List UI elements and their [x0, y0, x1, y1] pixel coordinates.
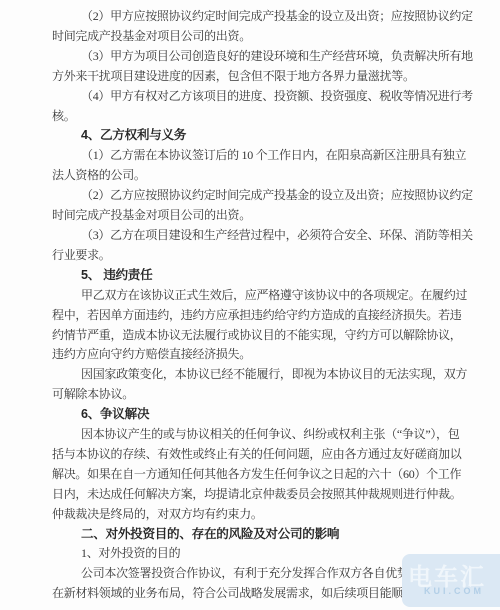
paragraph-line: 时间完成产投基金对项目公司的出资。 [52, 27, 450, 47]
paragraph-line: 约情节严重，造成本协议无法履行或协议目的不能实现，守约方可以解除协议， [52, 326, 450, 346]
paragraph-line: 法人资格的公司。 [52, 166, 450, 186]
paragraph-line: 核。 [52, 107, 450, 127]
document-body: （2）甲方应按照协议约定时间完成产投基金的设立及出资；应按照协议约定 时间完成产… [52, 0, 450, 604]
paragraph-line: 程中，若因单方面违约，违约方应承担违约给守约方造成的直接经济损失。若违 [52, 306, 450, 326]
watermark-badge: 电车汇 KUI.COM [402, 554, 500, 607]
paragraph-line: （4）甲方有权对乙方该项目的进度、投资额、投资强度、税收等情况进行考 [52, 87, 450, 107]
paragraph-line: 违约方应向守约方赔偿直接经济损失。 [52, 345, 450, 365]
paragraph-line: 因本协议产生的或与协议相关的任何争议、纠纷或权利主张（“争议”），包 [52, 425, 450, 445]
paragraph-line: 因国家政策变化，本协议已经不能履行，即视为本协议目的无法实现，双方 [52, 365, 450, 385]
section-heading: 4、乙方权利与义务 [52, 126, 450, 146]
section-heading: 二、对外投资目的、存在的风险及对公司的影响 [52, 525, 450, 545]
document-page: （2）甲方应按照协议约定时间完成产投基金的设立及出资；应按照协议约定 时间完成产… [0, 0, 500, 610]
paragraph-line: 方外来干扰项目建设进度的因素，包含但不限于地方各界力量滋扰等。 [52, 67, 450, 87]
paragraph-line: 时间完成产投基金对项目公司的出资。 [52, 206, 450, 226]
paragraph-line: （2）乙方应按照协议约定时间完成产投基金的设立及出资；应按照协议约定 [52, 186, 450, 206]
section-heading: 6、争议解决 [52, 405, 450, 425]
subsection-title: 1、对外投资的目的 [52, 544, 450, 564]
paragraph-line: 括与本协议的存续、有效性或终止有关的任何问题，应由各方通过友好磋商加以 [52, 445, 450, 465]
paragraph-line: 日内，未达成任何解决方案，均提请北京仲裁委员会按照其仲裁规则进行仲裁。 [52, 485, 450, 505]
paragraph-line: 甲乙双方在该协议正式生效后，应严格遵守该协议中的各项规定。在履约过 [52, 286, 450, 306]
paragraph-line: （3）甲方为项目公司创造良好的建设环境和生产经营环境，负责解决所有地 [52, 47, 450, 67]
paragraph-line: 行业要求。 [52, 246, 450, 266]
paragraph-line: （2）甲方应按照协议约定时间完成产投基金的设立及出资；应按照协议约定 [52, 7, 450, 27]
paragraph-line: 解决。如果在自一方通知任何其他各方发生任何争议之日起的六十（60）个工作 [52, 465, 450, 485]
paragraph-line: 可解除本协议。 [52, 385, 450, 405]
watermark-url-text: KUI.COM [424, 586, 484, 596]
paragraph-line: 公司本次签署投资合作协议，有利于充分发挥合作双方各自优势，加快公司 [52, 564, 450, 584]
paragraph-line: （1）乙方需在本协议签订后的 10 个工作日内，在阳泉高新区注册具有独立 [52, 146, 450, 166]
paragraph-line: 在新材料领域的业务布局，符合公司战略发展需求，如后续项目能顺利推进，将 [52, 584, 450, 604]
paragraph-line: （3）乙方在项目建设和生产经营过程中，必须符合安全、环保、消防等相关 [52, 226, 450, 246]
section-heading: 5、 违约责任 [52, 266, 450, 286]
paragraph-line: 仲裁裁决是终局的，对双方均有约束力。 [52, 505, 450, 525]
